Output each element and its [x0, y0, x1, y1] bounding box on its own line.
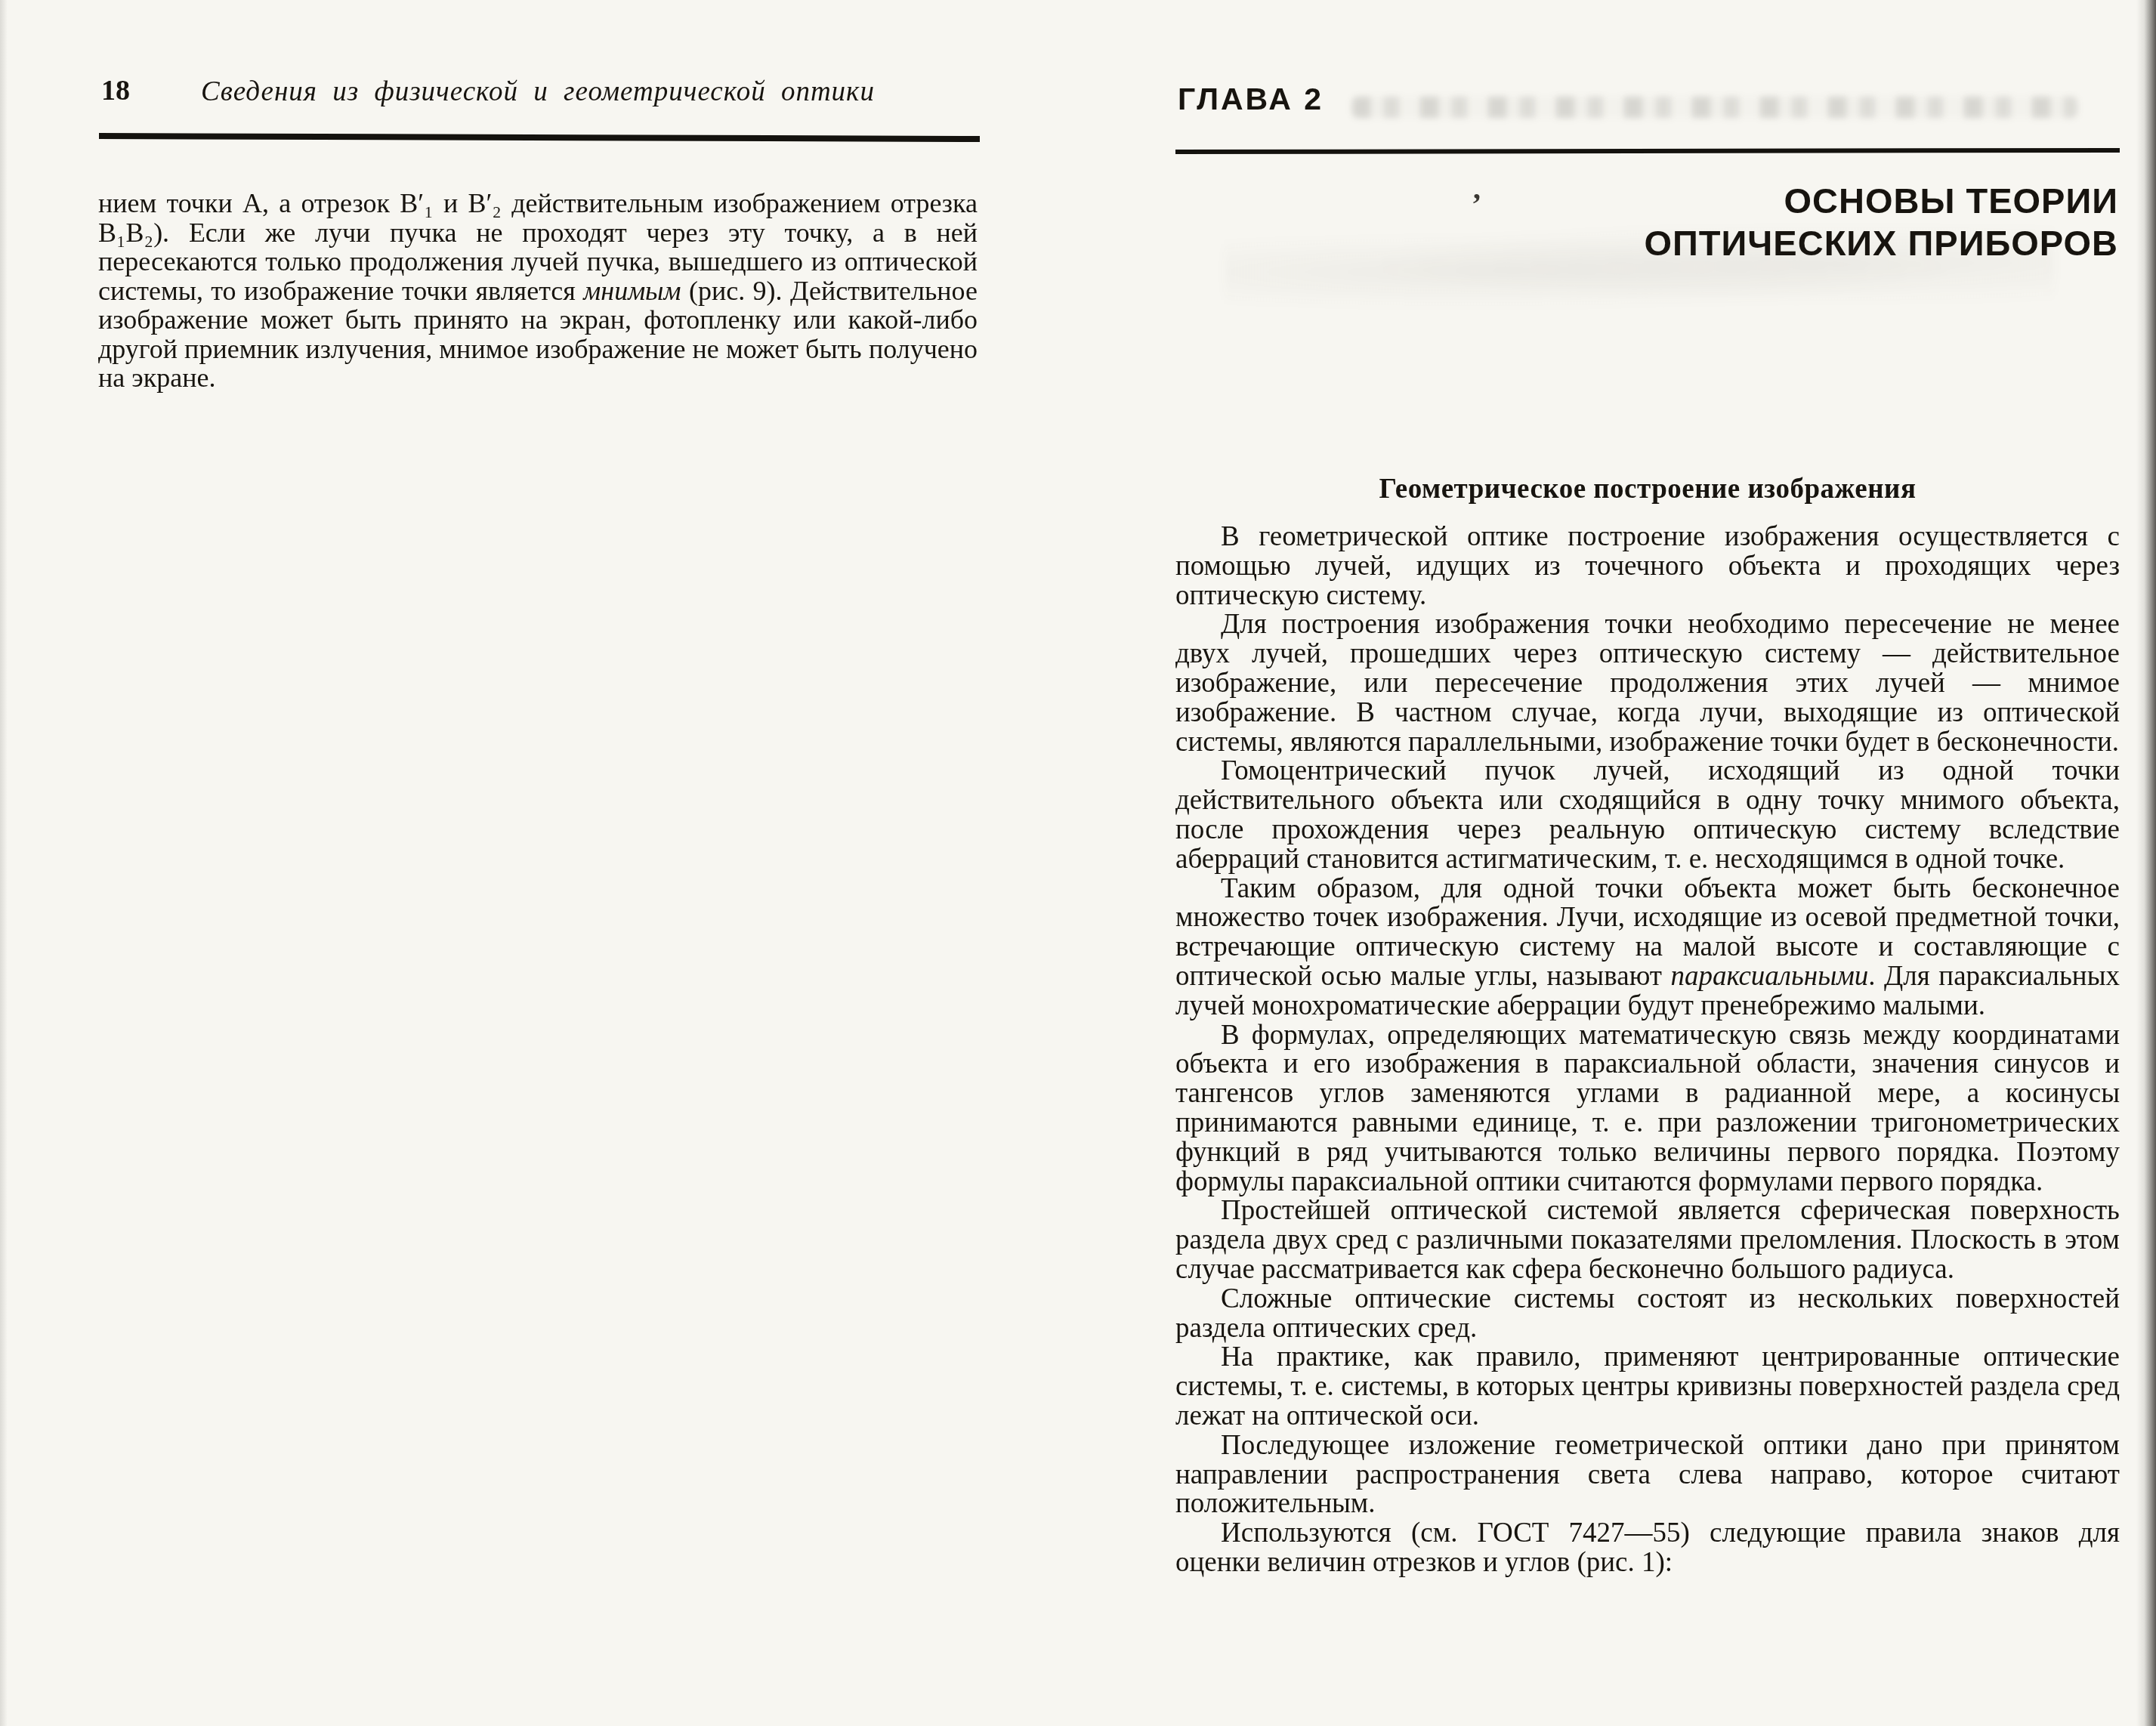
paragraph-text: Последующее изложение геометрической опт… — [1175, 1430, 2120, 1520]
paragraph-text: На практике, как правило, применяют цент… — [1175, 1342, 2120, 1431]
paragraph: На практике, как правило, применяют цент… — [1175, 1343, 2120, 1431]
paragraph: Для построения изображения точки необход… — [1175, 610, 2120, 757]
chapter-title-line2: ОПТИЧЕСКИХ ПРИБОРОВ — [1100, 222, 2118, 264]
running-header: Сведения из физической и геометрической … — [98, 76, 978, 108]
paragraph: В геометрической оптике построение изобр… — [1175, 523, 2120, 610]
paragraph: Используются (см. ГОСТ 7427—55) следующи… — [1175, 1519, 2120, 1578]
right-page-body: В геометрической оптике построение изобр… — [1175, 523, 2120, 1578]
header-rule-left — [99, 133, 980, 142]
paragraph-italic-term: мнимым — [583, 276, 681, 306]
chapter-title-line1: ОСНОВЫ ТЕОРИИ — [1100, 180, 2118, 222]
paragraph-text: В геометрической оптике построение изобр… — [1175, 521, 2120, 611]
book-edge-shadow — [2136, 0, 2156, 1726]
paragraph-italic-term: параксиальными — [1670, 961, 1868, 992]
chapter-label: ГЛАВА 2 — [1178, 82, 1324, 117]
book-spread-scan: 18 Сведения из физической и геометрическ… — [0, 0, 2156, 1726]
paragraph: Гомоцентрический пучок лучей, исходящий … — [1175, 757, 2120, 874]
header-rule-right — [1175, 148, 2120, 154]
paragraph-text: Простейшей оптической системой является … — [1175, 1195, 2120, 1285]
paragraph-text: Гомоцентрический пучок лучей, исходящий … — [1175, 755, 2120, 874]
paragraph: нием точки A, а отрезок B′₁ и B′₂ действ… — [98, 189, 978, 393]
paragraph: В формулах, определяющих математическую … — [1175, 1021, 2120, 1197]
scan-left-edge-shadow — [0, 0, 8, 1726]
paragraph-text: Используются (см. ГОСТ 7427—55) следующи… — [1175, 1518, 2120, 1578]
paragraph-text: В формулах, определяющих математическую … — [1175, 1020, 2120, 1197]
chapter-title: ОСНОВЫ ТЕОРИИ ОПТИЧЕСКИХ ПРИБОРОВ — [1100, 180, 2118, 264]
left-page-body: нием точки A, а отрезок B′₁ и B′₂ действ… — [98, 162, 978, 420]
paragraph-text: Сложные оптические системы состоят из не… — [1175, 1283, 2120, 1344]
paragraph: Последующее изложение геометрической опт… — [1175, 1431, 2120, 1519]
paragraph-text: Для построения изображения точки необход… — [1175, 609, 2120, 757]
section-heading: Геометрическое построение изображения — [1175, 473, 2120, 505]
paragraph: Сложные оптические системы состоят из не… — [1175, 1285, 2120, 1344]
paragraph: Простейшей оптической системой является … — [1175, 1196, 2120, 1284]
scan-bleedthrough-smudge — [1352, 97, 2077, 118]
paragraph: Таким образом, для одной точки объекта м… — [1175, 875, 2120, 1021]
